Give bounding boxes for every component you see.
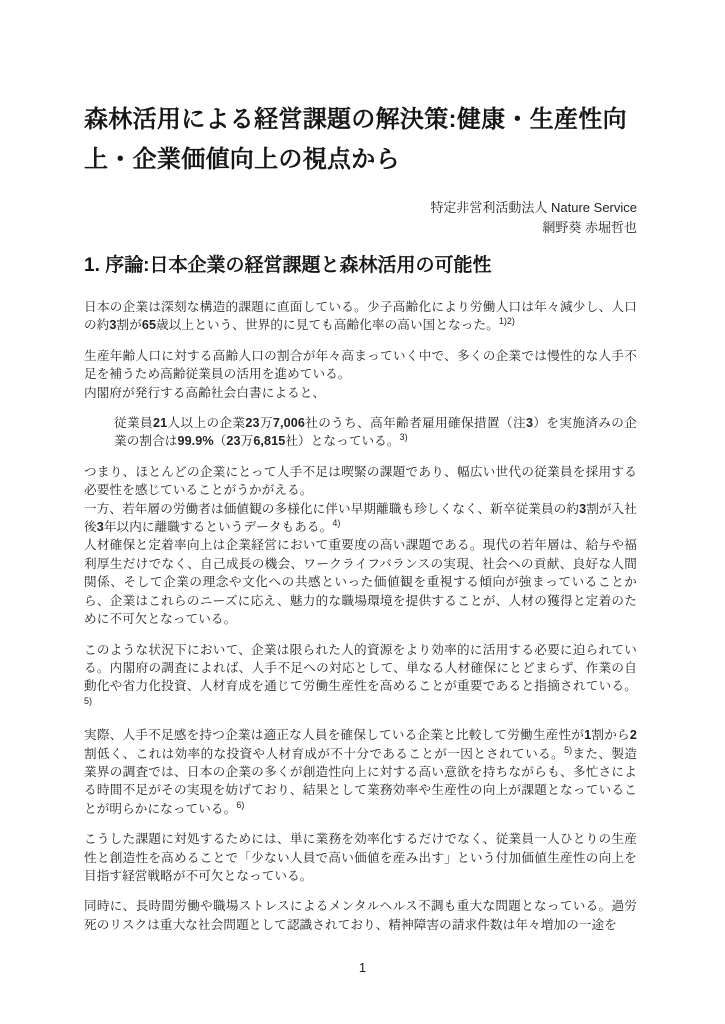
numeric-emphasis: 3	[109, 318, 116, 332]
block-quote: 従業員21人以上の企業23万7,006社のうち、高年齢者雇用確保措置（注3）を実…	[114, 414, 637, 451]
paragraph: つまり、ほとんどの企業にとって人手不足は喫緊の課題であり、幅広い世代の従業員を採…	[84, 463, 637, 629]
footnote-ref: 4)	[332, 518, 340, 528]
text-run: 人材確保と定着率向上は企業経営において重要度の高い課題である。現代の若年層は、給…	[84, 538, 637, 626]
paragraph: こうした課題に対処するためには、単に業務を効率化するだけでなく、従業員一人ひとり…	[84, 830, 637, 885]
numeric-emphasis: 3	[526, 416, 533, 430]
footnote-ref: 5)	[564, 744, 572, 754]
text-run: つまり、ほとんどの企業にとって人手不足は喫緊の課題であり、幅広い世代の従業員を採…	[84, 465, 637, 497]
paragraph: 日本の企業は深刻な構造的課題に直面している。少子高齢化により労働人口は年々減少し…	[84, 298, 637, 335]
paragraph: このような状況下において、企業は限られた人的資源をより効率的に活用する必要に迫ら…	[84, 641, 637, 715]
text-run: 日本の企業は深刻な構造的課題に直面している。少子高齢化により労働人口は年々減少し…	[84, 300, 637, 332]
text-run: 一方、若年層の労働者は価値観の多様化に伴い早期離職も珍しくなく、新卒従業員の約3…	[84, 502, 637, 534]
numeric-emphasis: 23	[226, 434, 240, 448]
footnote-ref: 6)	[236, 800, 244, 810]
numeric-emphasis: 3	[97, 520, 104, 534]
paragraph: 実際、人手不足感を持つ企業は適正な人員を確保している企業と比較して労働生産性が1…	[84, 726, 637, 818]
text-run: 従業員21人以上の企業23万7,006社のうち、高年齢者雇用確保措置（注3）を実…	[114, 416, 637, 448]
text-run: 同時に、長時間労働や職場ストレスによるメンタルヘルス不調も重大な問題となっている…	[84, 899, 637, 931]
paragraph: 生産年齢人口に対する高齢人口の割合が年々高まっていく中で、多くの企業では慢性的な…	[84, 347, 637, 402]
numeric-emphasis: 99.9%	[177, 434, 213, 448]
numeric-emphasis: 23	[245, 416, 259, 430]
page-content: 森林活用による経営課題の解決策:健康・生産性向上・企業価値向上の視点から 特定非…	[84, 0, 637, 946]
footnote-ref: 5)	[84, 696, 92, 706]
numeric-emphasis: 1	[584, 728, 591, 742]
numeric-emphasis: 2	[630, 728, 637, 742]
text-run: こうした課題に対処するためには、単に業務を効率化するだけでなく、従業員一人ひとり…	[84, 832, 637, 883]
section-heading: 1. 序論:日本企業の経営課題と森林活用の可能性	[84, 254, 637, 278]
page-number: 1	[0, 960, 725, 975]
affiliation-line: 特定非営利活動法人 Nature Service	[84, 198, 637, 218]
numeric-emphasis: 3	[579, 502, 586, 516]
numeric-emphasis: 7,006	[273, 416, 305, 430]
document-page: 森林活用による経営課題の解決策:健康・生産性向上・企業価値向上の視点から 特定非…	[0, 0, 725, 1024]
numeric-emphasis: 65	[142, 318, 156, 332]
footnote-ref: 1)2)	[499, 316, 515, 326]
text-run: 内閣府が発行する高齢社会白書によると、	[84, 386, 325, 400]
authors-line: 網野葵 赤堀哲也	[84, 218, 637, 238]
footnote-ref: 3)	[400, 432, 408, 442]
document-title: 森林活用による経営課題の解決策:健康・生産性向上・企業価値向上の視点から	[84, 100, 637, 180]
text-run: 実際、人手不足感を持つ企業は適正な人員を確保している企業と比較して労働生産性が1…	[84, 728, 637, 760]
text-run: 生産年齢人口に対する高齢人口の割合が年々高まっていく中で、多くの企業では慢性的な…	[84, 349, 637, 381]
byline-block: 特定非営利活動法人 Nature Service 網野葵 赤堀哲也	[84, 198, 637, 238]
paragraph: 同時に、長時間労働や職場ストレスによるメンタルヘルス不調も重大な問題となっている…	[84, 897, 637, 934]
text-run: このような状況下において、企業は限られた人的資源をより効率的に活用する必要に迫ら…	[84, 643, 637, 694]
numeric-emphasis: 6,815	[253, 434, 285, 448]
numeric-emphasis: 21	[153, 416, 167, 430]
